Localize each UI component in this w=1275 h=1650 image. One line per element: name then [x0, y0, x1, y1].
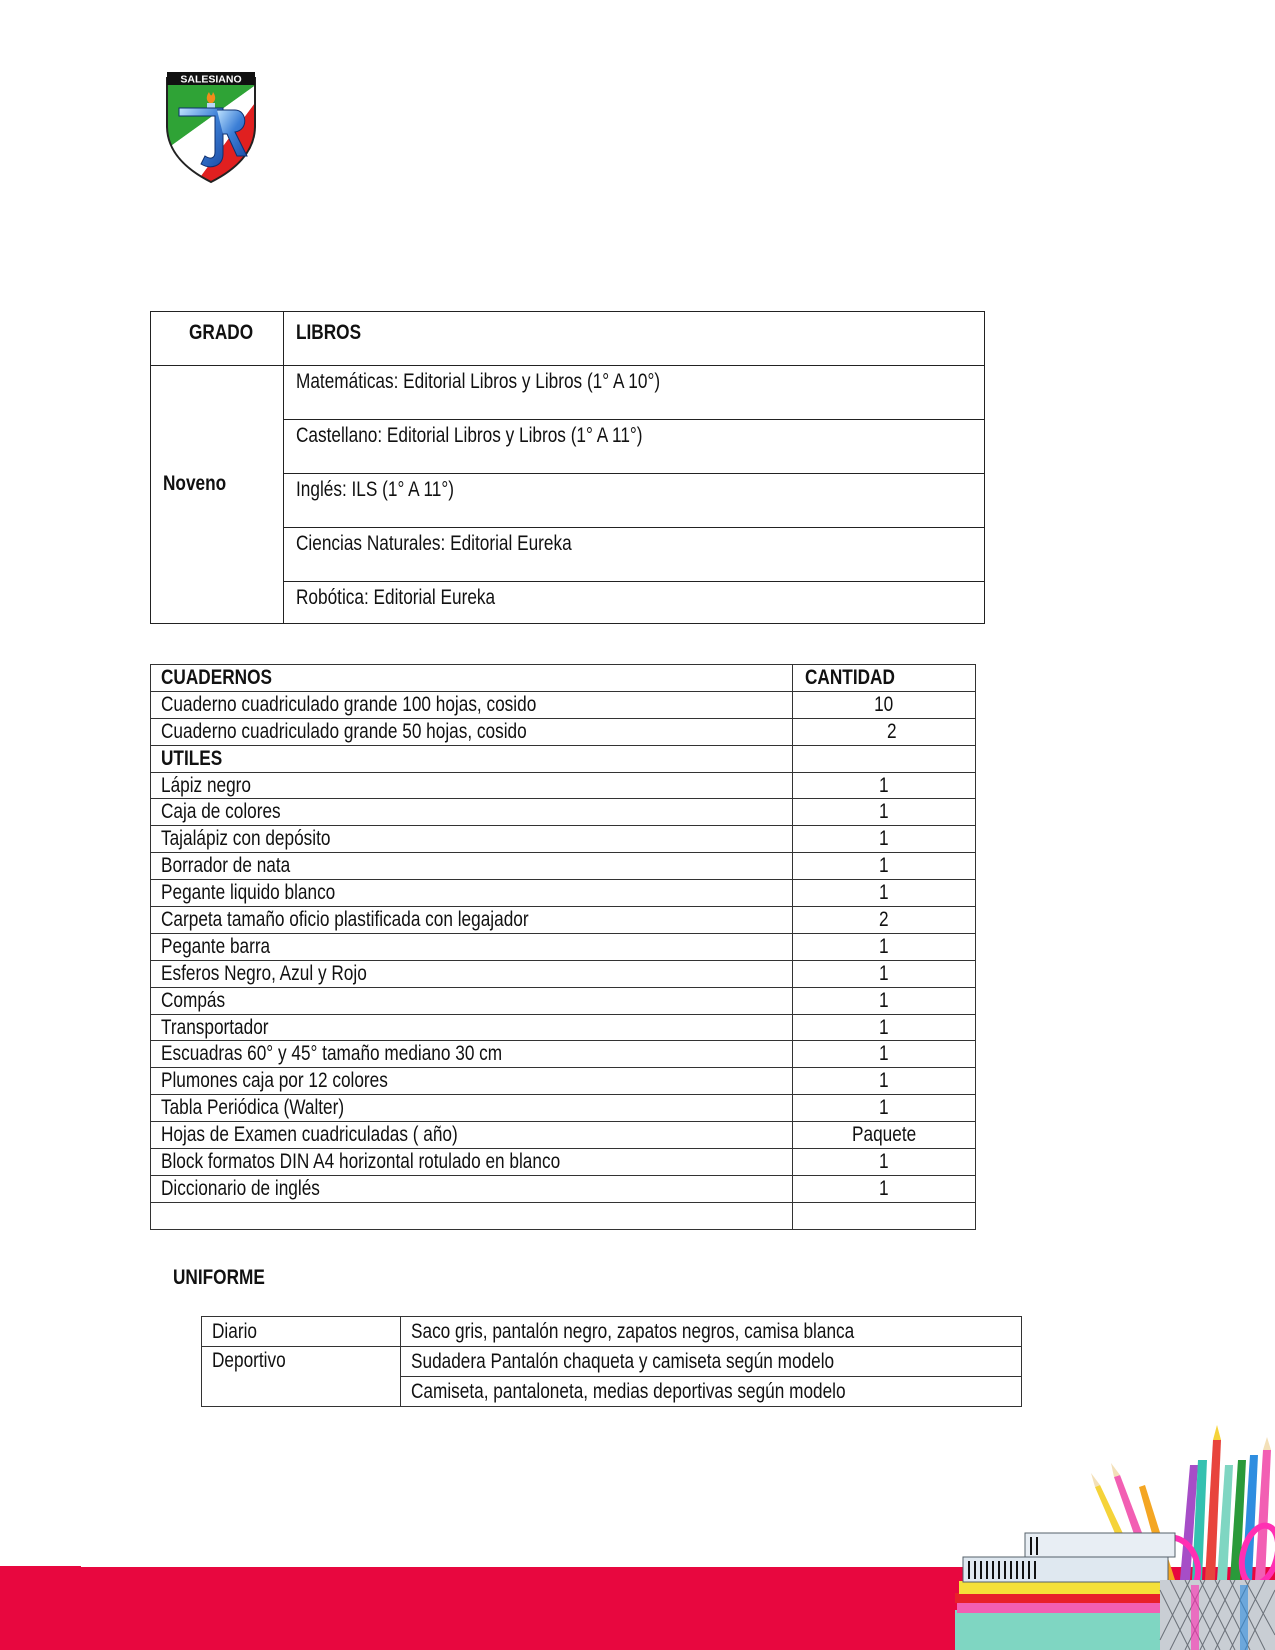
- table-row: Diccionario de inglés1: [151, 1175, 976, 1202]
- quantity-cell: 1: [793, 1068, 976, 1095]
- book-list: Matemáticas: Editorial Libros y Libros (…: [284, 366, 984, 623]
- books-table: GRADO LIBROS Noveno Matemáticas: Editori…: [150, 311, 985, 624]
- uniform-row-sports: Deportivo Sudadera Pantalón chaqueta y c…: [202, 1347, 1022, 1377]
- item-cell: Carpeta tamaño oficio plastificada con l…: [151, 907, 793, 934]
- uniform-items-cell: Camiseta, pantaloneta, medias deportivas…: [401, 1377, 1022, 1407]
- uniform-row-daily: Diario Saco gris, pantalón negro, zapato…: [202, 1317, 1022, 1347]
- book-row: Castellano: Editorial Libros y Libros (1…: [284, 420, 984, 474]
- quantity-cell: 1: [793, 826, 976, 853]
- book-row: Ciencias Naturales: Editorial Eureka: [284, 528, 984, 582]
- quantity-cell: 1: [793, 1041, 976, 1068]
- item-cell: Compás: [151, 987, 793, 1014]
- supplies-header-row: CUADERNOS CANTIDAD: [151, 665, 976, 692]
- table-row: [151, 1202, 976, 1229]
- uniform-kind-cell: Diario: [202, 1317, 401, 1347]
- uniform-section-title: UNIFORME: [173, 1266, 285, 1290]
- item-cell: Escuadras 60° y 45° tamaño mediano 30 cm: [151, 1041, 793, 1068]
- uniform-items-cell: Saco gris, pantalón negro, zapatos negro…: [401, 1317, 1022, 1347]
- table-row: Tabla Periódica (Walter)1: [151, 1095, 976, 1122]
- supplies-table: CUADERNOS CANTIDAD Cuaderno cuadriculado…: [150, 664, 976, 1230]
- item-cell: Block formatos DIN A4 horizontal rotulad…: [151, 1149, 793, 1176]
- table-row: Lápiz negro1: [151, 772, 976, 799]
- grade-column-header: GRADO: [151, 312, 284, 366]
- quantity-cell: 1: [793, 880, 976, 907]
- quantity-cell: Paquete: [793, 1122, 976, 1149]
- table-row: Pegante barra1: [151, 933, 976, 960]
- quantity-cell: 1: [793, 772, 976, 799]
- table-row: Tajalápiz con depósito1: [151, 826, 976, 853]
- quantity-cell: 2: [793, 718, 976, 745]
- table-row: Transportador1: [151, 1014, 976, 1041]
- item-cell: Cuaderno cuadriculado grande 50 hojas, c…: [151, 718, 793, 745]
- quantity-cell: [793, 1202, 976, 1229]
- quantity-cell: 1: [793, 1014, 976, 1041]
- table-row: Block formatos DIN A4 horizontal rotulad…: [151, 1149, 976, 1176]
- item-cell: Pegante liquido blanco: [151, 880, 793, 907]
- uniform-table: Diario Saco gris, pantalón negro, zapato…: [201, 1316, 1022, 1407]
- item-cell: [151, 1202, 793, 1229]
- book-row: Matemáticas: Editorial Libros y Libros (…: [284, 366, 984, 420]
- item-cell: Caja de colores: [151, 799, 793, 826]
- table-row: Carpeta tamaño oficio plastificada con l…: [151, 907, 976, 934]
- quantity-header: CANTIDAD: [793, 665, 976, 692]
- item-cell: Cuaderno cuadriculado grande 100 hojas, …: [151, 691, 793, 718]
- table-row: Plumones caja por 12 colores1: [151, 1068, 976, 1095]
- table-row: Hojas de Examen cuadriculadas ( año)Paqu…: [151, 1122, 976, 1149]
- quantity-cell: 1: [793, 1149, 976, 1176]
- quantity-cell: 2: [793, 907, 976, 934]
- grade-cell: Noveno: [151, 366, 284, 623]
- quantity-cell: 1: [793, 960, 976, 987]
- item-cell: Lápiz negro: [151, 772, 793, 799]
- uniform-items-cell: Sudadera Pantalón chaqueta y camiseta se…: [401, 1347, 1022, 1377]
- school-supplies-illustration: [955, 1405, 1275, 1650]
- table-row: Compás1: [151, 987, 976, 1014]
- item-cell: Esferos Negro, Azul y Rojo: [151, 960, 793, 987]
- quantity-cell: 1: [793, 1095, 976, 1122]
- item-cell: Tabla Periódica (Walter): [151, 1095, 793, 1122]
- item-cell: Tajalápiz con depósito: [151, 826, 793, 853]
- books-column-header: LIBROS: [284, 312, 984, 366]
- quantity-cell: 1: [793, 799, 976, 826]
- quantity-cell: 1: [793, 1175, 976, 1202]
- item-cell: Plumones caja por 12 colores: [151, 1068, 793, 1095]
- quantity-cell: 1: [793, 987, 976, 1014]
- quantity-cell: 10: [793, 691, 976, 718]
- item-cell: Hojas de Examen cuadriculadas ( año): [151, 1122, 793, 1149]
- book-row: Inglés: ILS (1° A 11°): [284, 474, 984, 528]
- table-row: Pegante liquido blanco1: [151, 880, 976, 907]
- quantity-cell: 1: [793, 933, 976, 960]
- uniform-kind-cell: Deportivo: [202, 1347, 401, 1407]
- table-row: Caja de colores1: [151, 799, 976, 826]
- quantity-cell: [793, 745, 976, 772]
- table-row: Cuaderno cuadriculado grande 50 hojas, c…: [151, 718, 976, 745]
- table-row: Borrador de nata1: [151, 853, 976, 880]
- item-cell: Borrador de nata: [151, 853, 793, 880]
- item-cell: Diccionario de inglés: [151, 1175, 793, 1202]
- book-row: Robótica: Editorial Eureka: [284, 582, 984, 627]
- quantity-cell: 1: [793, 853, 976, 880]
- item-cell: Transportador: [151, 1014, 793, 1041]
- table-row: Escuadras 60° y 45° tamaño mediano 30 cm…: [151, 1041, 976, 1068]
- utiles-header-row: UTILES: [151, 745, 976, 772]
- notebooks-header: CUADERNOS: [151, 665, 793, 692]
- utiles-header: UTILES: [151, 745, 793, 772]
- table-row: Cuaderno cuadriculado grande 100 hojas, …: [151, 691, 976, 718]
- school-crest-logo: SALESIANO: [165, 70, 257, 184]
- table-row: Esferos Negro, Azul y Rojo1: [151, 960, 976, 987]
- svg-text:SALESIANO: SALESIANO: [180, 74, 241, 86]
- item-cell: Pegante barra: [151, 933, 793, 960]
